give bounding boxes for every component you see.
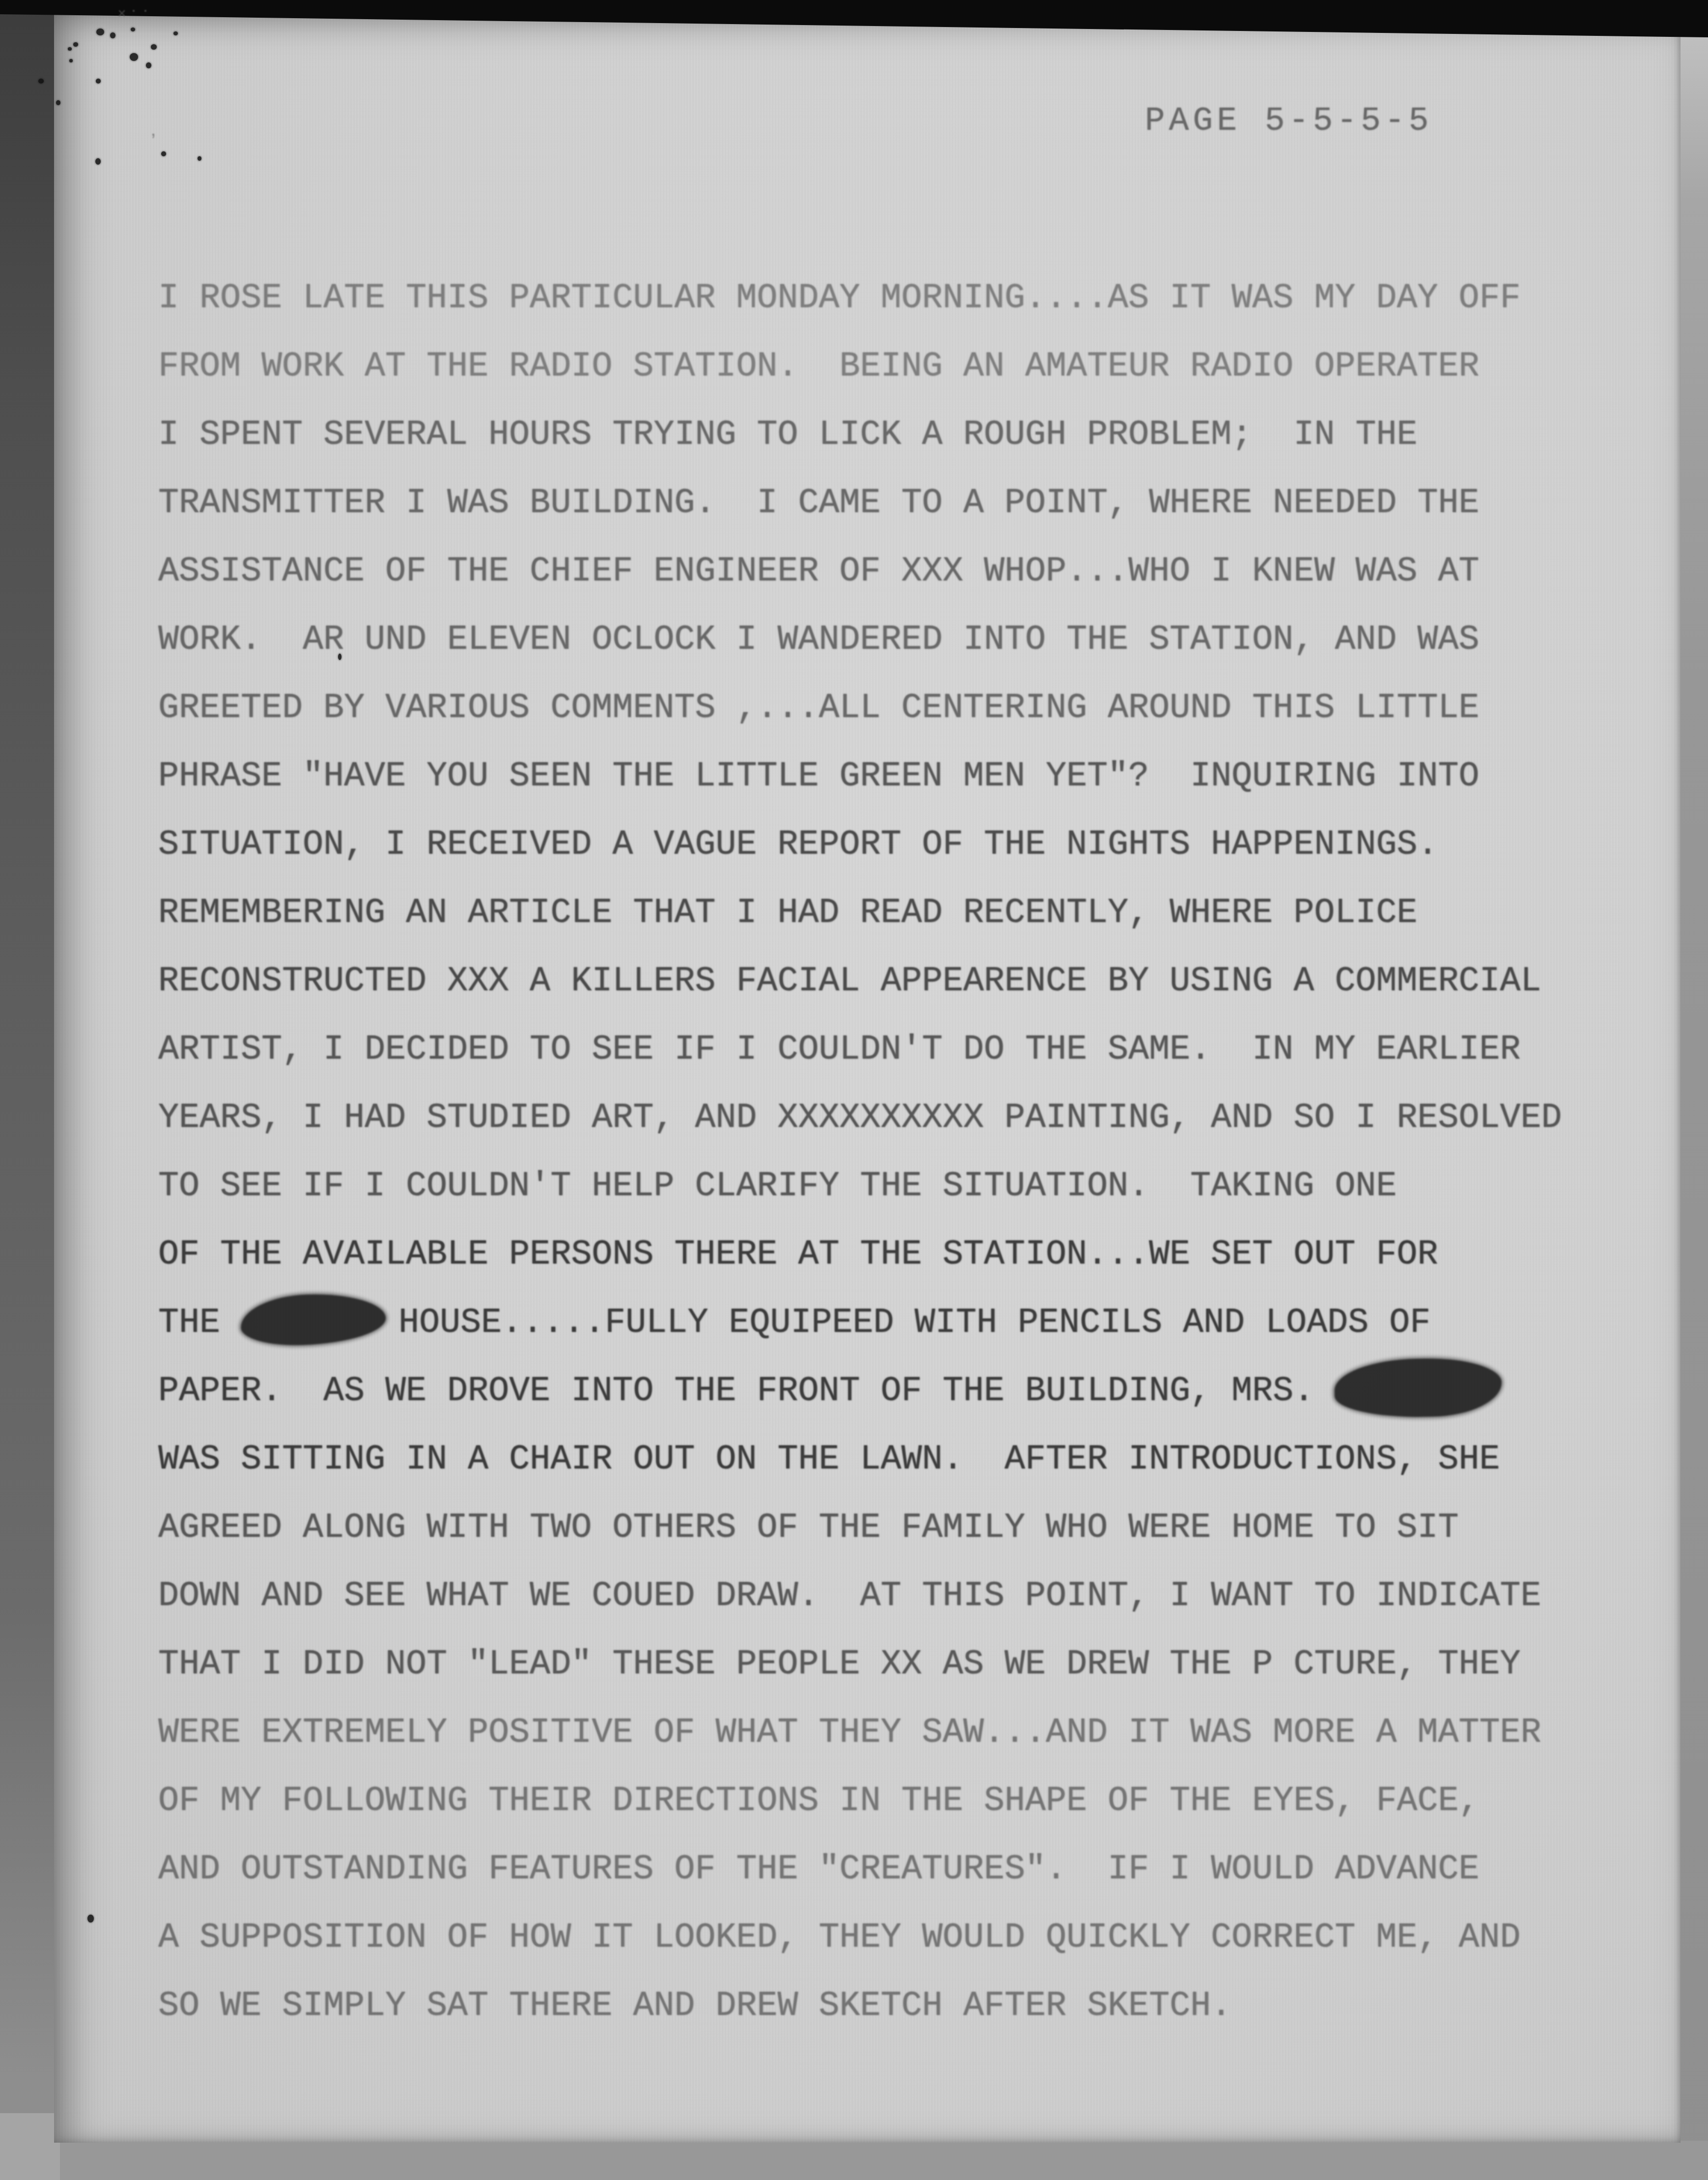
text-line: SO WE SIMPLY SAT THERE AND DREW SKETCH A… bbox=[158, 1972, 1632, 2040]
ink-speck bbox=[110, 32, 115, 38]
redaction-bar bbox=[1334, 1357, 1502, 1418]
ink-speck bbox=[87, 1915, 94, 1922]
text-line: AND OUTSTANDING FEATURES OF THE "CREATUR… bbox=[158, 1836, 1632, 1904]
ink-speck bbox=[161, 151, 166, 156]
text-line: REMEMBERING AN ARTICLE THAT I HAD READ R… bbox=[158, 879, 1632, 947]
ink-speck bbox=[198, 156, 201, 161]
text-line: ARTIST, I DECIDED TO SEE IF I COULDN'T D… bbox=[158, 1016, 1632, 1084]
scanner-bottom-shadow bbox=[0, 2141, 1708, 2180]
ink-speck bbox=[73, 42, 78, 47]
ink-speck bbox=[338, 654, 342, 660]
ink-speck bbox=[38, 79, 44, 84]
text-line: I SPENT SEVERAL HOURS TRYING TO LICK A R… bbox=[158, 401, 1632, 469]
ink-speck bbox=[68, 47, 72, 51]
text-line: WAS SITTING IN A CHAIR OUT ON THE LAWN. … bbox=[158, 1426, 1632, 1494]
ink-speck bbox=[96, 79, 101, 84]
text-line: THAT I DID NOT "LEAD" THESE PEOPLE XX AS… bbox=[158, 1631, 1632, 1699]
text-line-with-redaction: PAPER. AS WE DROVE INTO THE FRONT OF THE… bbox=[158, 1357, 1632, 1426]
text-line: TO SEE IF I COULDN'T HELP CLARIFY THE SI… bbox=[158, 1152, 1632, 1221]
text-line: A SUPPOSITION OF HOW IT LOOKED, THEY WOU… bbox=[158, 1904, 1632, 1972]
text-line: SITUATION, I RECEIVED A VAGUE REPORT OF … bbox=[158, 811, 1632, 879]
text-line: WORK. AR UND ELEVEN OCLOCK I WANDERED IN… bbox=[158, 606, 1632, 674]
ink-speck bbox=[95, 158, 101, 165]
text-segment: HOUSE.....FULLY EQUIPEED WITH PENCILS AN… bbox=[399, 1304, 1430, 1343]
text-line: RECONSTRUCTED XXX A KILLERS FACIAL APPEA… bbox=[158, 947, 1632, 1016]
text-segment: PAPER. AS WE DROVE INTO THE FRONT OF THE… bbox=[158, 1372, 1335, 1411]
ink-speck bbox=[146, 62, 151, 68]
text-line: GREETED BY VARIOUS COMMENTS ,...ALL CENT… bbox=[158, 674, 1632, 743]
text-line: PHRASE "HAVE YOU SEEN THE LITTLE GREEN M… bbox=[158, 743, 1632, 811]
text-line: AGREED ALONG WITH TWO OTHERS OF THE FAMI… bbox=[158, 1494, 1632, 1562]
text-segment: THE bbox=[158, 1304, 241, 1343]
text-line: TRANSMITTER I WAS BUILDING. I CAME TO A … bbox=[158, 469, 1632, 538]
underlying-sheet-edge bbox=[1678, 29, 1708, 2180]
text-line: I ROSE LATE THIS PARTICULAR MONDAY MORNI… bbox=[158, 264, 1632, 333]
redaction-bar bbox=[240, 1292, 386, 1347]
typewritten-text: I ROSE LATE THIS PARTICULAR MONDAY MORNI… bbox=[158, 264, 1632, 2040]
text-line: DOWN AND SEE WHAT WE COUED DRAW. AT THIS… bbox=[158, 1562, 1632, 1631]
ink-speck bbox=[56, 100, 60, 105]
ink-speck bbox=[96, 29, 104, 35]
ink-speck bbox=[130, 53, 138, 61]
scanner-left-shadow bbox=[0, 0, 60, 2143]
page-number: PAGE 5-5-5-5 bbox=[1145, 102, 1587, 140]
scanner-bottom-corner bbox=[0, 2113, 60, 2180]
text-line-with-redaction: THE HOUSE.....FULLY EQUIPEED WITH PENCIL… bbox=[158, 1289, 1632, 1357]
text-line: OF MY FOLLOWING THEIR DIRECTIONS IN THE … bbox=[158, 1767, 1632, 1836]
text-line: FROM WORK AT THE RADIO STATION. BEING AN… bbox=[158, 333, 1632, 401]
ink-speck bbox=[151, 44, 157, 50]
text-line: OF THE AVAILABLE PERSONS THERE AT THE ST… bbox=[158, 1221, 1632, 1289]
pencil-mark: ˟˙˙ bbox=[116, 9, 151, 31]
pencil-mark: ʼ bbox=[147, 133, 159, 155]
ink-speck bbox=[173, 31, 178, 35]
text-line: ASSISTANCE OF THE CHIEF ENGINEER OF XXX … bbox=[158, 538, 1632, 606]
text-line: YEARS, I HAD STUDIED ART, AND XXXXXXXXXX… bbox=[158, 1084, 1632, 1152]
ink-speck bbox=[69, 59, 73, 62]
text-line: WERE EXTREMELY POSITIVE OF WHAT THEY SAW… bbox=[158, 1699, 1632, 1767]
